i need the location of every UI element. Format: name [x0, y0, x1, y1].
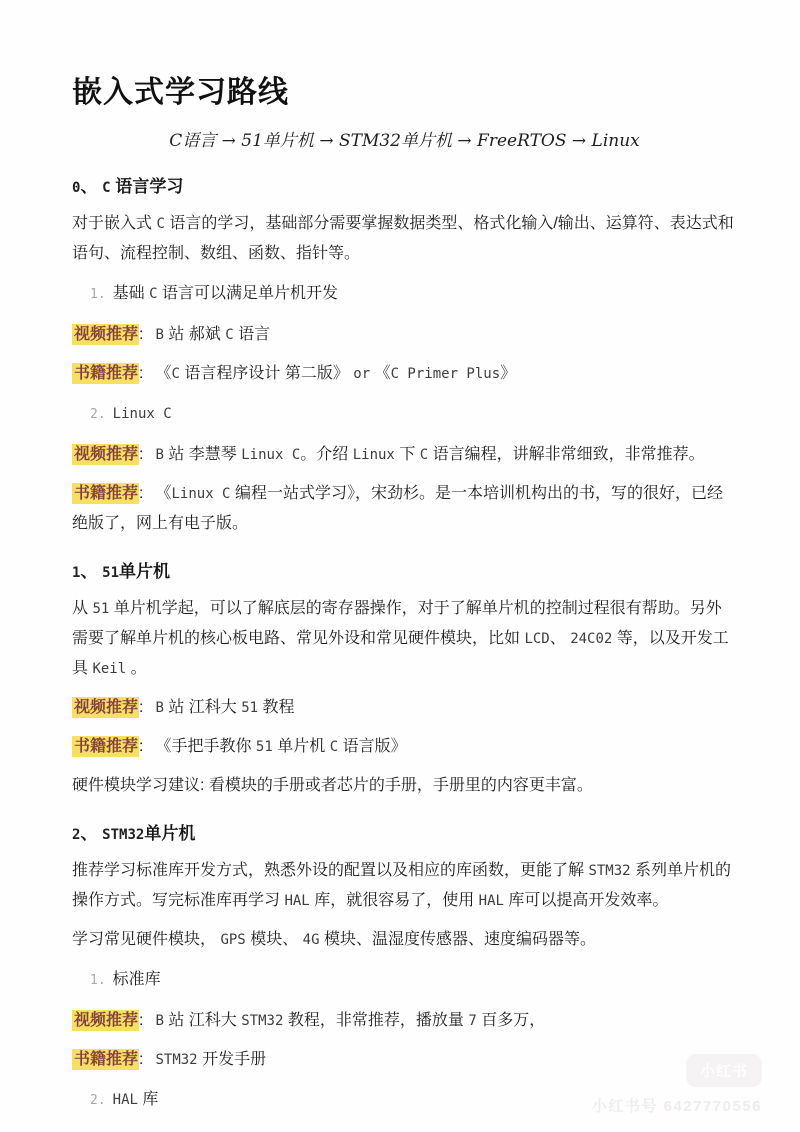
- latin-text: C: [149, 286, 157, 302]
- recommend-line: 书籍推荐:《手把手教你 51 单片机 C 语言版》: [72, 732, 737, 762]
- latin-text: 51: [92, 601, 109, 617]
- paragraph: 学习常见硬件模块， GPS 模块、 4G 模块、温湿度传感器、速度编码器等。: [72, 925, 737, 955]
- latin-text: 7: [468, 1013, 476, 1029]
- highlight-label: 书籍推荐: [72, 363, 139, 384]
- list-item-number: 2.: [90, 1086, 106, 1116]
- label-colon: :: [139, 699, 143, 716]
- latin-text: HAL: [113, 1092, 138, 1108]
- page-title: 嵌入式学习路线: [72, 74, 737, 112]
- section-heading: 0、 C 语言学习: [72, 175, 737, 200]
- recommend-line: 视频推荐:B 站 江科大 STM32 教程，非常推荐，播放量 7 百多万，: [72, 1006, 737, 1036]
- label-colon: :: [139, 1051, 143, 1068]
- latin-text: 51: [256, 739, 273, 755]
- latin-text: C: [225, 327, 233, 343]
- list-item-number: 1.: [90, 966, 106, 996]
- section-heading: 1、 51单片机: [72, 560, 737, 585]
- latin-text: C: [330, 739, 338, 755]
- paragraph: 从 51 单片机学起，可以了解底层的寄存器操作，对于了解单片机的控制过程很有帮助…: [72, 594, 737, 684]
- list-item: 1.基础 C 语言可以满足单片机开发: [72, 279, 737, 310]
- recommend-text: 《C 语言程序设计 第二版》 or 《C Primer Plus》: [155, 365, 516, 382]
- latin-text: STM32: [102, 827, 144, 843]
- latin-text: or: [353, 366, 370, 382]
- latin-text: 51: [241, 700, 258, 716]
- latin-text: Linux C: [113, 406, 172, 422]
- latin-text: B: [155, 327, 163, 343]
- recommend-line: 视频推荐:B 站 李慧琴 Linux C。介绍 Linux 下 C 语言编程，讲…: [72, 440, 737, 470]
- latin-text: C: [171, 366, 179, 382]
- section-heading: 2、 STM32单片机: [72, 822, 737, 847]
- latin-text: Linux C: [241, 447, 300, 463]
- latin-text: B: [155, 700, 163, 716]
- latin-text: Linux: [353, 447, 395, 463]
- paragraph: 对于嵌入式 C 语言的学习，基础部分需要掌握数据类型、格式化输入/输出、运算符、…: [72, 209, 737, 269]
- recommend-text: B 站 李慧琴 Linux C。介绍 Linux 下 C 语言编程，讲解非常细致…: [155, 446, 704, 463]
- recommend-line: 书籍推荐:STM32 开发手册: [72, 1045, 737, 1075]
- latin-text: 2: [72, 827, 80, 843]
- document-page: 嵌入式学习路线 C语言 → 51单片机 → STM32单片机 → FreeRTO…: [0, 0, 800, 1132]
- recommend-text: STM32 开发手册: [155, 1051, 266, 1068]
- highlight-label: 视频推荐: [72, 1010, 139, 1031]
- latin-text: C Primer Plus: [391, 366, 501, 382]
- label-colon: :: [139, 738, 143, 755]
- highlight-label: 书籍推荐: [72, 1049, 139, 1070]
- paragraph: 硬件模块学习建议: 看模块的手册或者芯片的手册，手册里的内容更丰富。: [72, 771, 737, 801]
- recommend-text: B 站 江科大 51 教程: [155, 699, 294, 716]
- label-colon: :: [139, 326, 143, 343]
- label-colon: :: [139, 365, 143, 382]
- latin-text: 1: [72, 565, 80, 581]
- label-colon: :: [139, 446, 143, 463]
- latin-text: STM32: [155, 1052, 197, 1068]
- list-item-text: Linux C: [113, 399, 172, 429]
- recommend-text: B 站 郝斌 C 语言: [155, 326, 270, 343]
- latin-text: B: [155, 1013, 163, 1029]
- recommend-text: 《手把手教你 51 单片机 C 语言版》: [155, 738, 406, 755]
- list-item-number: 1.: [90, 280, 106, 310]
- latin-text: Keil: [92, 661, 126, 677]
- list-item: 2.Linux C: [72, 399, 737, 430]
- recommend-text: B 站 江科大 STM32 教程，非常推荐，播放量 7 百多万，: [155, 1012, 545, 1029]
- learning-path-subtitle: C语言 → 51单片机 → STM32单片机 → FreeRTOS → Linu…: [72, 128, 737, 154]
- latin-text: STM32: [588, 863, 630, 879]
- recommend-line: 视频推荐:B 站 江科大 51 教程: [72, 693, 737, 723]
- latin-text: STM32: [241, 1013, 283, 1029]
- list-item: 1.标准库: [72, 965, 737, 996]
- latin-text: C: [102, 180, 110, 196]
- highlight-label: 书籍推荐: [72, 736, 139, 757]
- highlight-label: 视频推荐: [72, 444, 139, 465]
- paragraph: 推荐学习标准库开发方式，熟悉外设的配置以及相应的库函数，更能了解 STM32 系…: [72, 856, 737, 916]
- recommend-line: 书籍推荐:《Linux C 编程一站式学习》，宋劲杉。是一本培训机构出的书，写的…: [72, 479, 737, 539]
- latin-text: 51: [102, 565, 119, 581]
- latin-text: 0: [72, 180, 80, 196]
- list-item: 2.HAL 库: [72, 1085, 737, 1116]
- latin-text: 24C02: [570, 631, 612, 647]
- latin-text: B: [155, 447, 163, 463]
- latin-text: GPS: [220, 932, 245, 948]
- label-colon: :: [139, 1012, 143, 1029]
- highlight-label: 视频推荐: [72, 697, 139, 718]
- latin-text: Linux C: [171, 486, 230, 502]
- latin-text: HAL: [284, 893, 309, 909]
- latin-text: C: [156, 216, 164, 232]
- highlight-label: 书籍推荐: [72, 483, 139, 504]
- recommend-line: 视频推荐:B 站 郝斌 C 语言: [72, 320, 737, 350]
- label-colon: :: [139, 485, 143, 502]
- recommend-line: 书籍推荐:《C 语言程序设计 第二版》 or 《C Primer Plus》: [72, 359, 737, 389]
- latin-text: HAL: [479, 893, 504, 909]
- recommend-text: 《Linux C 编程一站式学习》，宋劲杉。是一本培训机构出的书，写的很好，已经…: [72, 485, 723, 532]
- latin-text: C: [420, 447, 428, 463]
- list-item-number: 2.: [90, 400, 106, 430]
- latin-text: LCD: [524, 631, 549, 647]
- document-content: 0、 C 语言学习对于嵌入式 C 语言的学习，基础部分需要掌握数据类型、格式化输…: [72, 175, 737, 1116]
- highlight-label: 视频推荐: [72, 324, 139, 345]
- list-item-text: 标准库: [113, 965, 161, 995]
- list-item-text: HAL 库: [113, 1085, 159, 1115]
- latin-text: 4G: [303, 932, 320, 948]
- list-item-text: 基础 C 语言可以满足单片机开发: [113, 279, 338, 309]
